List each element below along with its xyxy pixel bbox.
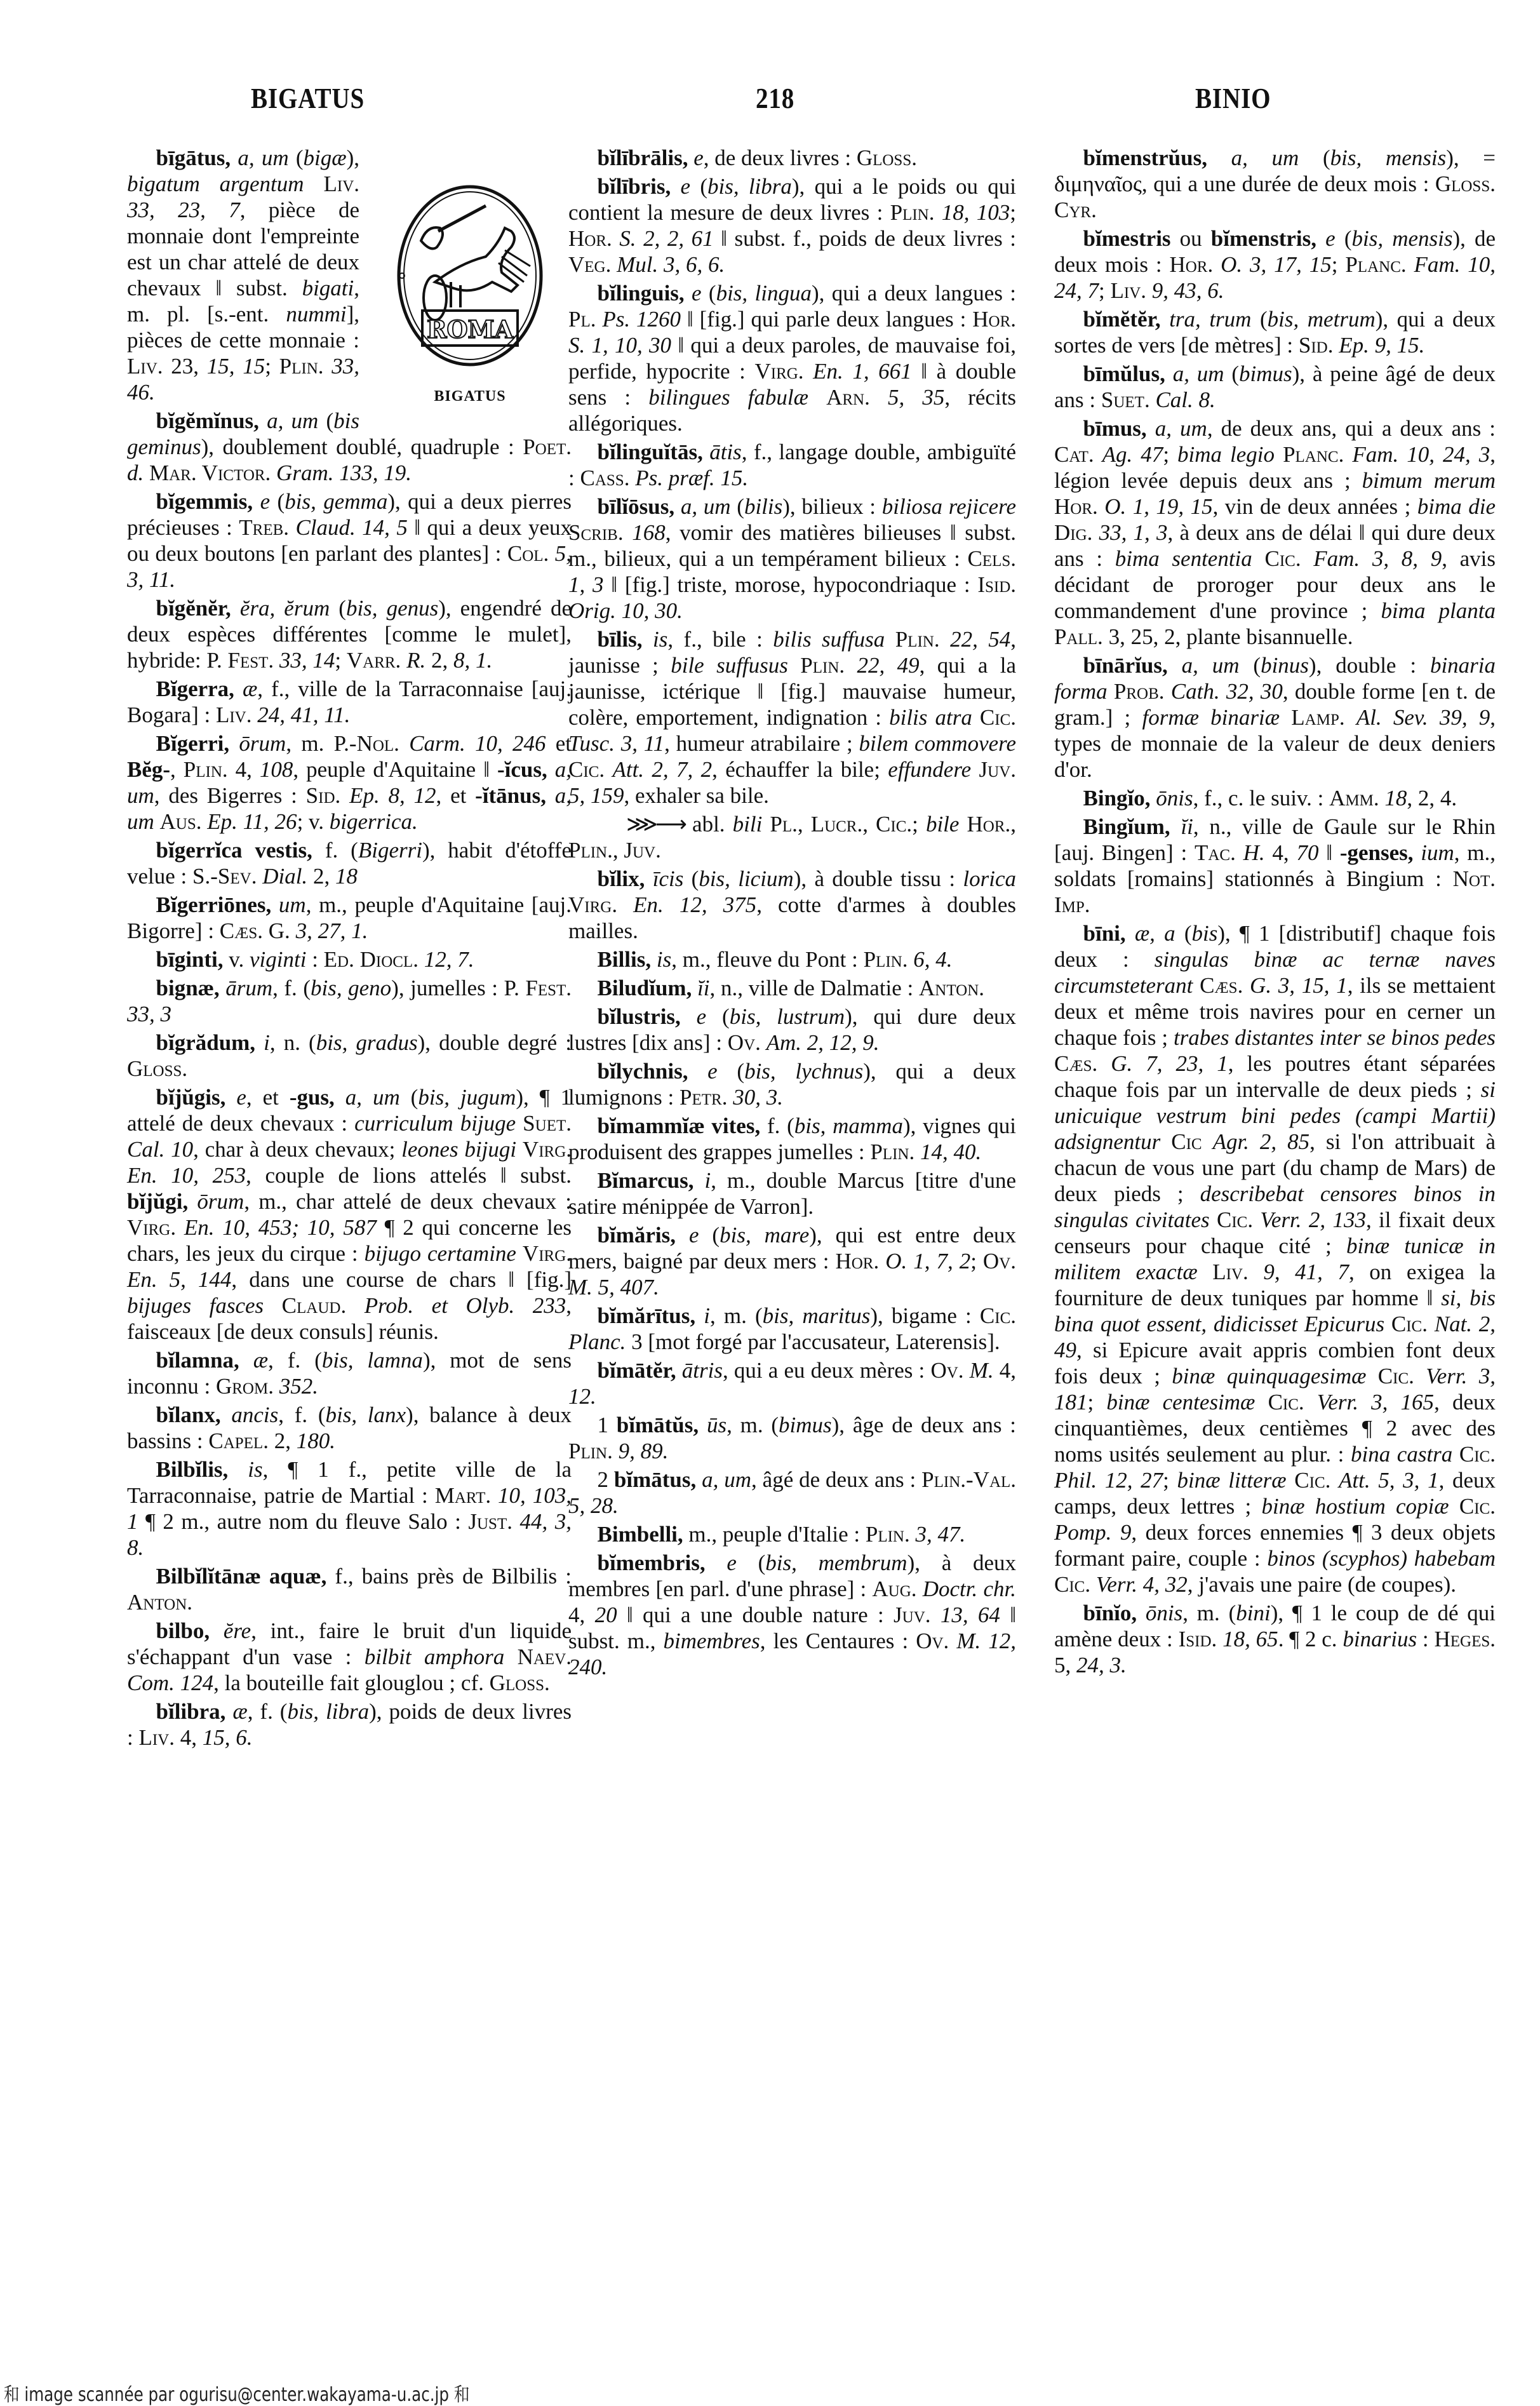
- author-reference: Liv.: [127, 354, 163, 379]
- headword: bĭlychnis,: [598, 1059, 688, 1084]
- entry-text: ;: [265, 354, 279, 379]
- headword: Bĭgerra,: [156, 676, 234, 701]
- entry-text: [257, 864, 262, 889]
- dictionary-entry: bĭlychnis, e (bis, lychnus), qui a deux …: [568, 1058, 1016, 1110]
- dictionary-entry: bĭlībris, e (bis, libra), qui a le poids…: [568, 173, 1016, 278]
- entry-text: 33, 23, 7: [127, 198, 240, 222]
- entry-text: [1146, 278, 1152, 303]
- right-guide-word: BINIO: [1195, 81, 1271, 115]
- dictionary-entry: bĭgemmis, e (bis, gemma), qui a deux pie…: [127, 488, 572, 593]
- entry-text: [1090, 1572, 1096, 1597]
- author-reference: Cels.: [967, 546, 1016, 571]
- entry-text: , f. (: [278, 1402, 325, 1427]
- headword: bĭmātŭs,: [617, 1413, 699, 1437]
- entry-text: d.: [127, 460, 144, 485]
- entry-text: ōrum: [239, 731, 286, 756]
- entry-text: [234, 676, 243, 701]
- author-reference: Hor.: [972, 307, 1016, 332]
- entry-text: f. (: [760, 1113, 794, 1138]
- author-reference: Liv.: [1212, 1260, 1249, 1284]
- headword: bīnĭo,: [1083, 1601, 1137, 1625]
- entry-text: 9, 43, 6.: [1152, 278, 1224, 303]
- author-reference: Plin.: [870, 1139, 914, 1164]
- author-reference: S.-Sev.: [192, 864, 257, 889]
- author-reference: Mar. Victor.: [149, 460, 271, 485]
- entry-text: 15, 15: [207, 354, 265, 379]
- entry-text: a, um: [681, 494, 731, 519]
- author-reference: Col.: [507, 541, 549, 566]
- svg-text:ROMA: ROMA: [427, 315, 514, 344]
- entry-text: [1126, 921, 1135, 946]
- entry-text: [1193, 973, 1200, 998]
- entry-text: 5, 35: [888, 385, 944, 410]
- headword: bīmus,: [1083, 416, 1147, 441]
- entry-text: M.: [970, 1358, 994, 1383]
- author-reference: Heges.: [1434, 1627, 1496, 1651]
- entry-text: Pomp. 9: [1054, 1520, 1131, 1545]
- headword: bĭgrădum,: [156, 1030, 256, 1055]
- entry-text: bis, libra: [707, 174, 792, 199]
- entry-text: [346, 1293, 365, 1318]
- author-reference: Liv.: [216, 702, 252, 727]
- entry-text: bimum merum: [1362, 468, 1496, 493]
- entry-text: bigatum argentum: [127, 171, 304, 196]
- entry-text: bima planta: [1381, 598, 1496, 623]
- headword: bĭlix,: [598, 866, 645, 891]
- entry-text: bigæ: [304, 145, 347, 170]
- dictionary-entry: Bĭmarcus, i, m., double Marcus [titre d'…: [568, 1167, 1016, 1220]
- dictionary-entry: 2 bĭmātus, a, um, âgé de deux ans : Plin…: [568, 1467, 1016, 1519]
- entry-text: a, um: [1182, 653, 1240, 678]
- headword: bĭmăris,: [598, 1223, 676, 1247]
- headword: Bingĭo,: [1083, 786, 1151, 810]
- headword: bĭlībrālis,: [598, 145, 688, 170]
- entry-text: , humeur atrabilaire ;: [664, 731, 859, 756]
- dictionary-entry: bīlĭōsus, a, um (bilis), bilieux : bilio…: [568, 494, 1016, 624]
- entry-text: Cath. 32, 30: [1171, 679, 1283, 704]
- entry-text: G.: [263, 918, 296, 943]
- entry-text: ;: [335, 648, 346, 673]
- entry-text: ōnis: [1156, 786, 1193, 810]
- entry-text: bilis atra: [889, 705, 972, 730]
- headword: bĭlinguĭtās,: [598, 440, 703, 464]
- author-reference: Cic.: [1054, 1572, 1090, 1597]
- headword: Bimbelli,: [598, 1522, 683, 1547]
- entry-text: bis, jugum: [418, 1085, 516, 1110]
- entry-text: binæ hostium copiæ: [1262, 1494, 1449, 1519]
- entry-text: biliosa rejicere: [882, 494, 1016, 519]
- entry-text: [885, 627, 895, 652]
- entry-text: Dial.: [262, 864, 307, 889]
- entry-text: . ¶ 2 c.: [1278, 1627, 1343, 1651]
- dictionary-entry: bīlis, is, f., bile : bilis suffusa Plin…: [568, 626, 1016, 809]
- headword: Bĭgerri,: [156, 731, 230, 756]
- author-reference: Ed. Diocl.: [324, 947, 418, 972]
- entry-text: a, um: [1173, 361, 1224, 386]
- entry-text: [964, 1358, 970, 1383]
- entry-text: [1170, 814, 1181, 839]
- entry-text: e: [681, 174, 691, 199]
- entry-text: a, um: [1231, 145, 1299, 170]
- entry-text: (: [690, 174, 707, 199]
- entry-text: [696, 1467, 702, 1492]
- headword: -ĭtānus,: [475, 783, 546, 808]
- entry-text: bis, lanx: [325, 1402, 406, 1427]
- entry-text: [516, 1111, 523, 1136]
- author-reference: Cæs.: [1200, 973, 1243, 998]
- entry-text: ĕra, ĕrum: [240, 596, 330, 621]
- entry-text: īcis: [653, 866, 684, 891]
- entry-text: [516, 1137, 523, 1162]
- entry-text: [1160, 1129, 1171, 1154]
- headword: bīginti,: [156, 947, 224, 972]
- entry-text: [808, 385, 826, 410]
- entry-text: 14, 40.: [920, 1139, 981, 1164]
- entry-text: [845, 653, 857, 678]
- entry-text: [225, 1699, 232, 1724]
- author-reference: Planc.: [1283, 442, 1344, 467]
- entry-text: bis, mamma: [794, 1113, 903, 1138]
- entry-text: (: [1224, 361, 1239, 386]
- author-reference: Ov.: [728, 1030, 761, 1055]
- entry-text: 12, 7.: [424, 947, 474, 972]
- entry-text: [549, 541, 555, 566]
- entry-text: i: [704, 1303, 710, 1328]
- headword: bīni,: [1083, 921, 1126, 946]
- dictionary-entry: bĭgĕnĕr, ĕra, ĕrum (bis, genus), engendr…: [127, 595, 572, 673]
- entry-text: [188, 1189, 197, 1214]
- entry-text: e: [726, 1550, 737, 1575]
- author-reference: Liv.: [1110, 278, 1146, 303]
- author-reference: Hor.: [835, 1249, 879, 1274]
- dictionary-entry: bignæ, ārum, f. (bis, geno), jumelles : …: [127, 975, 572, 1027]
- entry-text: bis: [1191, 921, 1217, 946]
- entry-text: is: [248, 1457, 262, 1482]
- entry-text: Gram. 133, 19.: [276, 460, 412, 485]
- entry-text: :: [306, 947, 323, 972]
- author-reference: Pl., Lucr., Cic.: [770, 812, 912, 837]
- entry-text: [1280, 705, 1291, 730]
- entry-text: [645, 866, 652, 891]
- entry-text: , n. (: [270, 1030, 316, 1055]
- dictionary-entry: bĭmestris ou bĭmenstris, e (bis, mensis)…: [1054, 225, 1496, 304]
- entry-text: 18, 65: [1222, 1627, 1278, 1651]
- entry-text: [264, 1293, 282, 1318]
- entry-text: bilingues fabulæ: [648, 385, 808, 410]
- dictionary-entry: bĭlibra, æ, f. (bis, libra), poids de de…: [127, 1698, 572, 1751]
- author-reference: Plin.: [864, 947, 908, 972]
- author-reference: Hor.: [1169, 252, 1213, 277]
- entry-text: [694, 1168, 705, 1193]
- dictionary-column-2: bĭlībrālis, e, de deux livres : Gloss.bĭ…: [568, 145, 1016, 1683]
- headword: bĭgĕmĭnus,: [156, 408, 259, 433]
- entry-text: [1255, 1390, 1268, 1415]
- author-reference: Cic.: [568, 757, 605, 782]
- entry-text: [940, 627, 950, 652]
- entry-text: [221, 1402, 232, 1427]
- entry-text: bile: [926, 812, 959, 837]
- entry-text: (: [1175, 921, 1192, 946]
- entry-text: binæ quinquagesimæ: [1172, 1364, 1366, 1388]
- entry-text: 168: [632, 520, 666, 545]
- entry-text: [1407, 252, 1414, 277]
- entry-text: En. 12, 375: [633, 892, 756, 917]
- dictionary-entry: bīni, æ, a (bis), ¶ 1 [distributif] chaq…: [1054, 920, 1496, 1597]
- entry-text: , les Centaures :: [760, 1629, 916, 1653]
- entry-text: ), double :: [1309, 653, 1430, 678]
- entry-text: (: [699, 1223, 720, 1247]
- entry-text: ), bilieux :: [782, 494, 882, 519]
- bigatus-figure: ROMA BIGATUS: [368, 180, 572, 410]
- entry-text: Att. 2, 7, 2: [612, 757, 712, 782]
- entry-text: bijuges fasces: [127, 1293, 264, 1318]
- entry-text: bis, membrum: [765, 1550, 907, 1575]
- entry-text: 18: [335, 864, 358, 889]
- dictionary-entry: bĭlustris, e (bis, lustrum), qui dure de…: [568, 1004, 1016, 1056]
- entry-text: Att. 5, 3, 1: [1339, 1468, 1439, 1493]
- author-reference: Hor.: [1054, 494, 1098, 519]
- entry-text: ātis: [709, 440, 742, 464]
- author-reference: Liv.: [138, 1725, 175, 1750]
- entry-text: [870, 385, 888, 410]
- entry-text: , et: [246, 1085, 290, 1110]
- entry-text: abl.: [685, 812, 733, 837]
- headword: Bingĭum,: [1083, 814, 1170, 839]
- entry-text: Ep. 11, 26: [207, 809, 297, 834]
- author-reference: Hor.: [568, 226, 612, 251]
- entry-text: [788, 653, 800, 678]
- entry-text: [335, 1085, 345, 1110]
- entry-text: bigerrica.: [330, 809, 418, 834]
- author-reference: Plin.: [890, 200, 935, 225]
- dictionary-entry: bĭlinguĭtās, ātis, f., langage double, a…: [568, 439, 1016, 491]
- entry-text: [1137, 1601, 1146, 1625]
- entry-text: 33, 1, 3: [1099, 520, 1168, 545]
- dictionary-entry: Bilbĭlĭtānæ aquæ, f., bains près de Bilb…: [127, 1563, 572, 1615]
- author-reference: Petr.: [680, 1085, 727, 1110]
- entry-text: Ag. 47: [1102, 442, 1163, 467]
- entry-text: (: [706, 1004, 730, 1029]
- author-reference: Anton.: [127, 1590, 192, 1615]
- entry-text: bilem commovere: [859, 731, 1016, 756]
- entry-text: S. 1, 10, 30: [568, 333, 671, 358]
- entry-text: Verr. 4, 32: [1096, 1572, 1188, 1597]
- entry-text: , char à deux chevaux;: [193, 1137, 401, 1162]
- entry-text: 18: [1384, 786, 1407, 810]
- entry-text: [1165, 679, 1171, 704]
- entry-text: Am. 2, 12, 9.: [767, 1030, 880, 1055]
- entry-text: ;: [1099, 278, 1110, 303]
- headword: bīlĭōsus,: [598, 494, 675, 519]
- entry-text: [220, 976, 226, 1000]
- dictionary-column-1: ROMA BIGATUS bīgātus, a, um (bigæ), biga…: [127, 145, 572, 1753]
- entry-text: [706, 1550, 727, 1575]
- dictionary-entry: bĭgerrĭca vestis, f. (Bigerri), habit d'…: [127, 837, 572, 889]
- headword: bĭgĕnĕr,: [156, 596, 231, 621]
- entry-text: bis, lamna: [322, 1348, 423, 1373]
- headword: bīgātus,: [156, 145, 231, 170]
- entry-text: [1301, 546, 1314, 571]
- entry-text: , qui a eu deux mères :: [723, 1358, 930, 1383]
- entry-text: Cal. 10: [127, 1137, 193, 1162]
- entry-text: ĭi: [697, 976, 709, 1000]
- entry-text: R.: [406, 648, 425, 673]
- figure-caption: BIGATUS: [368, 384, 572, 410]
- entry-text: binus: [1261, 653, 1309, 678]
- entry-text: [676, 1358, 682, 1383]
- entry-text: bijugo certamine: [365, 1241, 516, 1266]
- entry-text: [699, 1413, 707, 1437]
- entry-text: ĕre: [224, 1618, 251, 1643]
- author-reference: Cass.: [580, 466, 629, 490]
- author-reference: Virg.: [523, 1137, 572, 1162]
- entry-text: ou: [1171, 226, 1211, 251]
- entry-text: a, um: [238, 145, 288, 170]
- entry-text: ĭi: [1181, 814, 1193, 839]
- author-reference: Virg.: [568, 892, 617, 917]
- entry-text: 70: [1296, 840, 1318, 865]
- dictionary-entry: bĭlanx, ancis, f. (bis, lanx), balance à…: [127, 1402, 572, 1454]
- headword: bĭmammĭæ vites,: [598, 1113, 761, 1138]
- entry-text: [210, 1618, 224, 1643]
- entry-text: f. (: [312, 838, 358, 863]
- entry-text: [1217, 1627, 1222, 1651]
- author-reference: Virg.: [127, 1215, 176, 1240]
- entry-text: a, um: [267, 408, 318, 433]
- author-reference: Ov.: [930, 1358, 963, 1383]
- entry-text: 22, 49: [857, 653, 920, 678]
- entry-text: [681, 1004, 697, 1029]
- entry-text: [516, 1241, 523, 1266]
- entry-text: [1449, 1494, 1459, 1519]
- headword: bĭmātus,: [614, 1467, 696, 1492]
- author-reference: Suet.: [523, 1111, 572, 1136]
- dictionary-entry: bīmŭlus, a, um (bimus), à peine âgé de d…: [1054, 361, 1496, 413]
- entry-text: bis, lustrum: [730, 1004, 845, 1029]
- entry-text: tra, trum: [1169, 307, 1251, 332]
- entry-text: [144, 460, 149, 485]
- entry-text: (: [1240, 653, 1261, 678]
- entry-text: ),: [347, 145, 359, 170]
- entry-text: viginti: [250, 947, 306, 972]
- entry-text: , m., char attelé de deux chevaux :: [244, 1189, 572, 1214]
- author-reference: Cic.: [1268, 1390, 1304, 1415]
- entry-text: [605, 757, 612, 782]
- entry-text: ‖ subst. f., poids de deux livres :: [714, 226, 1016, 251]
- entry-text: [959, 812, 967, 837]
- entry-text: [1252, 546, 1265, 571]
- entry-text: bile suffusus: [671, 653, 788, 678]
- entry-text: ¶ 2 m., autre nom du fleuve Salo :: [138, 1509, 469, 1534]
- entry-text: 24, 41, 11.: [257, 702, 350, 727]
- entry-text: ), qui a deux langues :: [812, 281, 1016, 306]
- entry-text: æ: [253, 1348, 268, 1373]
- dictionary-entry: Bĭgerriōnes, um, m., peuple d'Aquitaine …: [127, 892, 572, 944]
- entry-text: ‖ [fig.] triste, morose, hypocondriaque …: [604, 572, 978, 597]
- author-reference: Suet.: [1101, 387, 1150, 412]
- entry-text: [1202, 1129, 1213, 1154]
- entry-text: [971, 757, 979, 782]
- entry-text: [1161, 307, 1170, 332]
- headword: -ĭcus,: [497, 757, 547, 782]
- entry-text: En. 1, 661: [813, 359, 912, 384]
- entry-text: [674, 494, 681, 519]
- entry-text: , f. (: [248, 1699, 288, 1724]
- author-reference: Plin.: [866, 1522, 910, 1547]
- entry-text: [271, 460, 276, 485]
- dictionary-entry: bĭlībrālis, e, de deux livres : Gloss.: [568, 145, 1016, 171]
- entry-text: (: [1251, 307, 1267, 332]
- entry-text: [629, 466, 635, 490]
- dictionary-entry: bĭgrădum, i, n. (bis, gradus), double de…: [127, 1030, 572, 1082]
- entry-text: [324, 354, 332, 379]
- entry-text: [613, 1439, 619, 1463]
- entry-text: Tusc. 3, 11: [568, 731, 664, 756]
- author-reference: Plin.: [279, 354, 324, 379]
- entry-text: [259, 408, 267, 433]
- entry-text: ;: [970, 1249, 983, 1274]
- entry-text: 30, 3.: [733, 1085, 783, 1110]
- entry-text: [491, 1483, 498, 1508]
- author-reference: Virg.: [754, 359, 803, 384]
- entry-text: binarius: [1342, 1627, 1417, 1651]
- entry-text: [879, 1249, 885, 1274]
- entry-text: [617, 892, 633, 917]
- entry-text: 2,: [307, 864, 335, 889]
- entry-text: binos (scyphos) habebam: [1267, 1546, 1496, 1571]
- author-reference: Cat.: [1054, 442, 1094, 467]
- entry-text: ōnis: [1146, 1601, 1182, 1625]
- entry-text: 5,: [1054, 1653, 1076, 1677]
- arrow-icon: ⋙⟶: [598, 811, 685, 837]
- entry-text: bimus: [779, 1413, 832, 1437]
- entry-text: bis, gradus: [316, 1030, 418, 1055]
- entry-text: , des Bigerres :: [154, 783, 306, 808]
- entry-text: Cal. 8.: [1155, 387, 1215, 412]
- entry-text: ;: [1332, 252, 1346, 277]
- dictionary-column-3: bĭmenstrŭus, a, um (bis, mensis), = διμη…: [1054, 145, 1496, 1681]
- entry-text: [1108, 679, 1114, 704]
- entry-text: [688, 145, 693, 170]
- author-reference: P.-Nol.: [334, 731, 399, 756]
- headword: Bilbĭlĭtānæ aquæ,: [156, 1564, 327, 1589]
- headword: bĭjŭgis,: [156, 1085, 226, 1110]
- entry-text: [972, 705, 980, 730]
- entry-text: , exhaler sa bile.: [624, 783, 769, 808]
- entry-text: v.: [224, 947, 250, 972]
- headword: Bĭmarcus,: [598, 1168, 694, 1193]
- dictionary-entry: bĭmĕtĕr, tra, trum (bis, metrum), qui a …: [1054, 306, 1496, 358]
- entry-text: ), doublement doublé, quadruple :: [201, 434, 523, 459]
- headword: Bĭgerriōnes,: [156, 892, 272, 917]
- headword: bĭmātĕr,: [598, 1358, 676, 1383]
- entry-text: , échauffer la bile;: [712, 757, 888, 782]
- entry-text: [1287, 1468, 1295, 1493]
- entry-text: binæ litteræ: [1177, 1468, 1287, 1493]
- scan-credit: 和 image scannée par ogurisu@center.wakay…: [4, 2379, 469, 2406]
- entry-text: 8, 1.: [453, 648, 492, 673]
- entry-text: Carm. 10, 246: [409, 731, 546, 756]
- entry-text: 5, 159: [568, 783, 624, 808]
- entry-text: ;: [1010, 200, 1016, 225]
- entry-text: [271, 892, 279, 917]
- author-reference: Planc.: [1345, 252, 1406, 277]
- author-reference: Cæs.: [220, 918, 263, 943]
- entry-text: [1165, 361, 1173, 386]
- entry-text: G. 7, 23, 1: [1111, 1051, 1228, 1076]
- author-reference: Arn.: [826, 385, 870, 410]
- entry-text: Com. 124: [127, 1670, 213, 1695]
